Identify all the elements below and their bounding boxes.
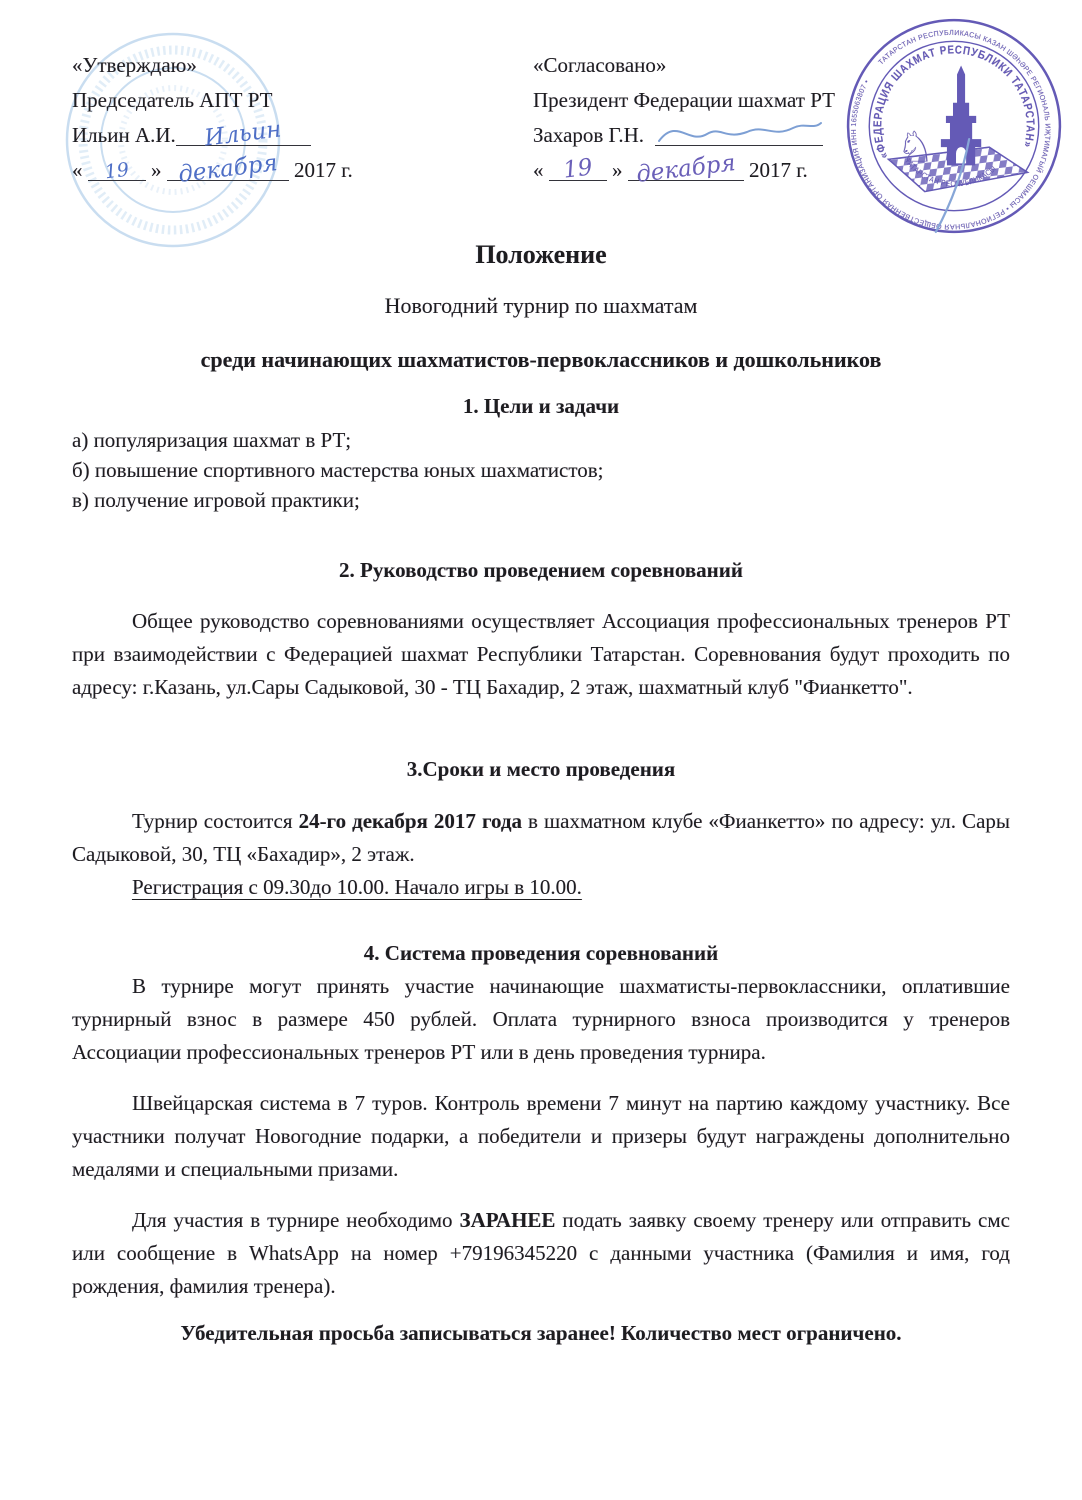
section4-paragraph-2: Швейцарская система в 7 туров. Контроль … — [72, 1087, 1010, 1186]
section4-text: Для участия в турнире необходимо — [132, 1208, 460, 1232]
document-subtitle-2: среди начинающих шахматистов-первоклассн… — [0, 344, 1082, 376]
approver-name-right: Захаров Г.Н. — [533, 123, 644, 147]
goal-item: а) популяризация шахмат в РТ; — [72, 425, 1010, 455]
signature-blank-right — [655, 123, 823, 146]
month-blank-left: декабря — [167, 158, 289, 181]
section2-heading: 2. Руководство проведением соревнований — [0, 554, 1082, 587]
handwritten-month-left: декабря — [177, 152, 279, 187]
signature-line-left: Ильин А.И.Ильин — [72, 118, 533, 153]
approval-role-left: Председатель АПТ РТ — [72, 83, 533, 118]
handwritten-month-right: декабря — [635, 152, 737, 187]
handwritten-day-left: 19 — [104, 161, 130, 183]
handwritten-day-right: 19 — [562, 156, 594, 182]
goals-list: а) популяризация шахмат в РТ; б) повышен… — [72, 425, 1010, 515]
zakharov-signature — [655, 113, 823, 149]
footer-note: Убедительная просьба записываться заране… — [72, 1317, 1010, 1350]
section3-text: Турнир состоится — [132, 809, 299, 833]
approval-status-left: «Утверждаю» — [72, 48, 533, 83]
section4-paragraph-1: В турнире могут принять участие начинающ… — [72, 970, 1010, 1069]
section3-paragraph: Турнир состоится 24-го декабря 2017 года… — [72, 805, 1010, 871]
day-blank-right: 19 — [549, 158, 607, 181]
quote-close: » — [612, 158, 623, 182]
goal-item: б) повышение спортивного мастерства юных… — [72, 455, 1010, 485]
registration-text: Регистрация с 09.30до 10.00. Начало игры… — [132, 875, 582, 899]
approval-block-left: «Утверждаю» Председатель АПТ РТ Ильин А.… — [72, 48, 533, 188]
quote-close: » — [151, 158, 162, 182]
ilin-signature: Ильин — [204, 118, 283, 150]
document-title: Положение — [0, 239, 1082, 271]
signature-blank-left: Ильин — [176, 123, 311, 146]
day-blank-left: 19 — [88, 158, 146, 181]
year-label-left: 2017 г. — [294, 158, 353, 182]
registration-line: Регистрация с 09.30до 10.00. Начало игры… — [72, 871, 1010, 904]
in-advance-emphasis: ЗАРАНЕЕ — [460, 1208, 556, 1232]
date-line-left: « 19 » декабря 2017 г. — [72, 153, 533, 188]
federation-round-stamp: ТАТАРСТАН РЕСПУБЛИКАСЫ КАЗАН ШӘҺӘРЕ РЕГИ… — [838, 10, 1070, 242]
year-label-right: 2017 г. — [749, 158, 808, 182]
section4-heading: 4. Система проведения соревнований — [0, 937, 1082, 970]
chess-knight-icon: ♘ — [897, 122, 935, 171]
document-subtitle: Новогодний турнир по шахматам — [0, 290, 1082, 322]
goal-item: в) получение игровой практики; — [72, 485, 1010, 515]
quote-open: « — [533, 158, 544, 182]
quote-open: « — [72, 158, 83, 182]
section4-paragraph-3: Для участия в турнире необходимо ЗАРАНЕЕ… — [72, 1204, 1010, 1303]
document-page: ТАТАРСТАН РЕСПУБЛИКАСЫ КАЗАН ШӘҺӘРЕ РЕГИ… — [0, 0, 1082, 1500]
section3-heading: 3.Сроки и место проведения — [0, 753, 1082, 786]
tournament-date: 24-го декабря 2017 года — [299, 809, 522, 833]
section1-heading: 1. Цели и задачи — [0, 390, 1082, 423]
section2-paragraph: Общее руководство соревнованиями осущест… — [72, 605, 1010, 704]
month-blank-right: декабря — [628, 158, 744, 181]
approver-name-left: Ильин А.И. — [72, 123, 176, 147]
